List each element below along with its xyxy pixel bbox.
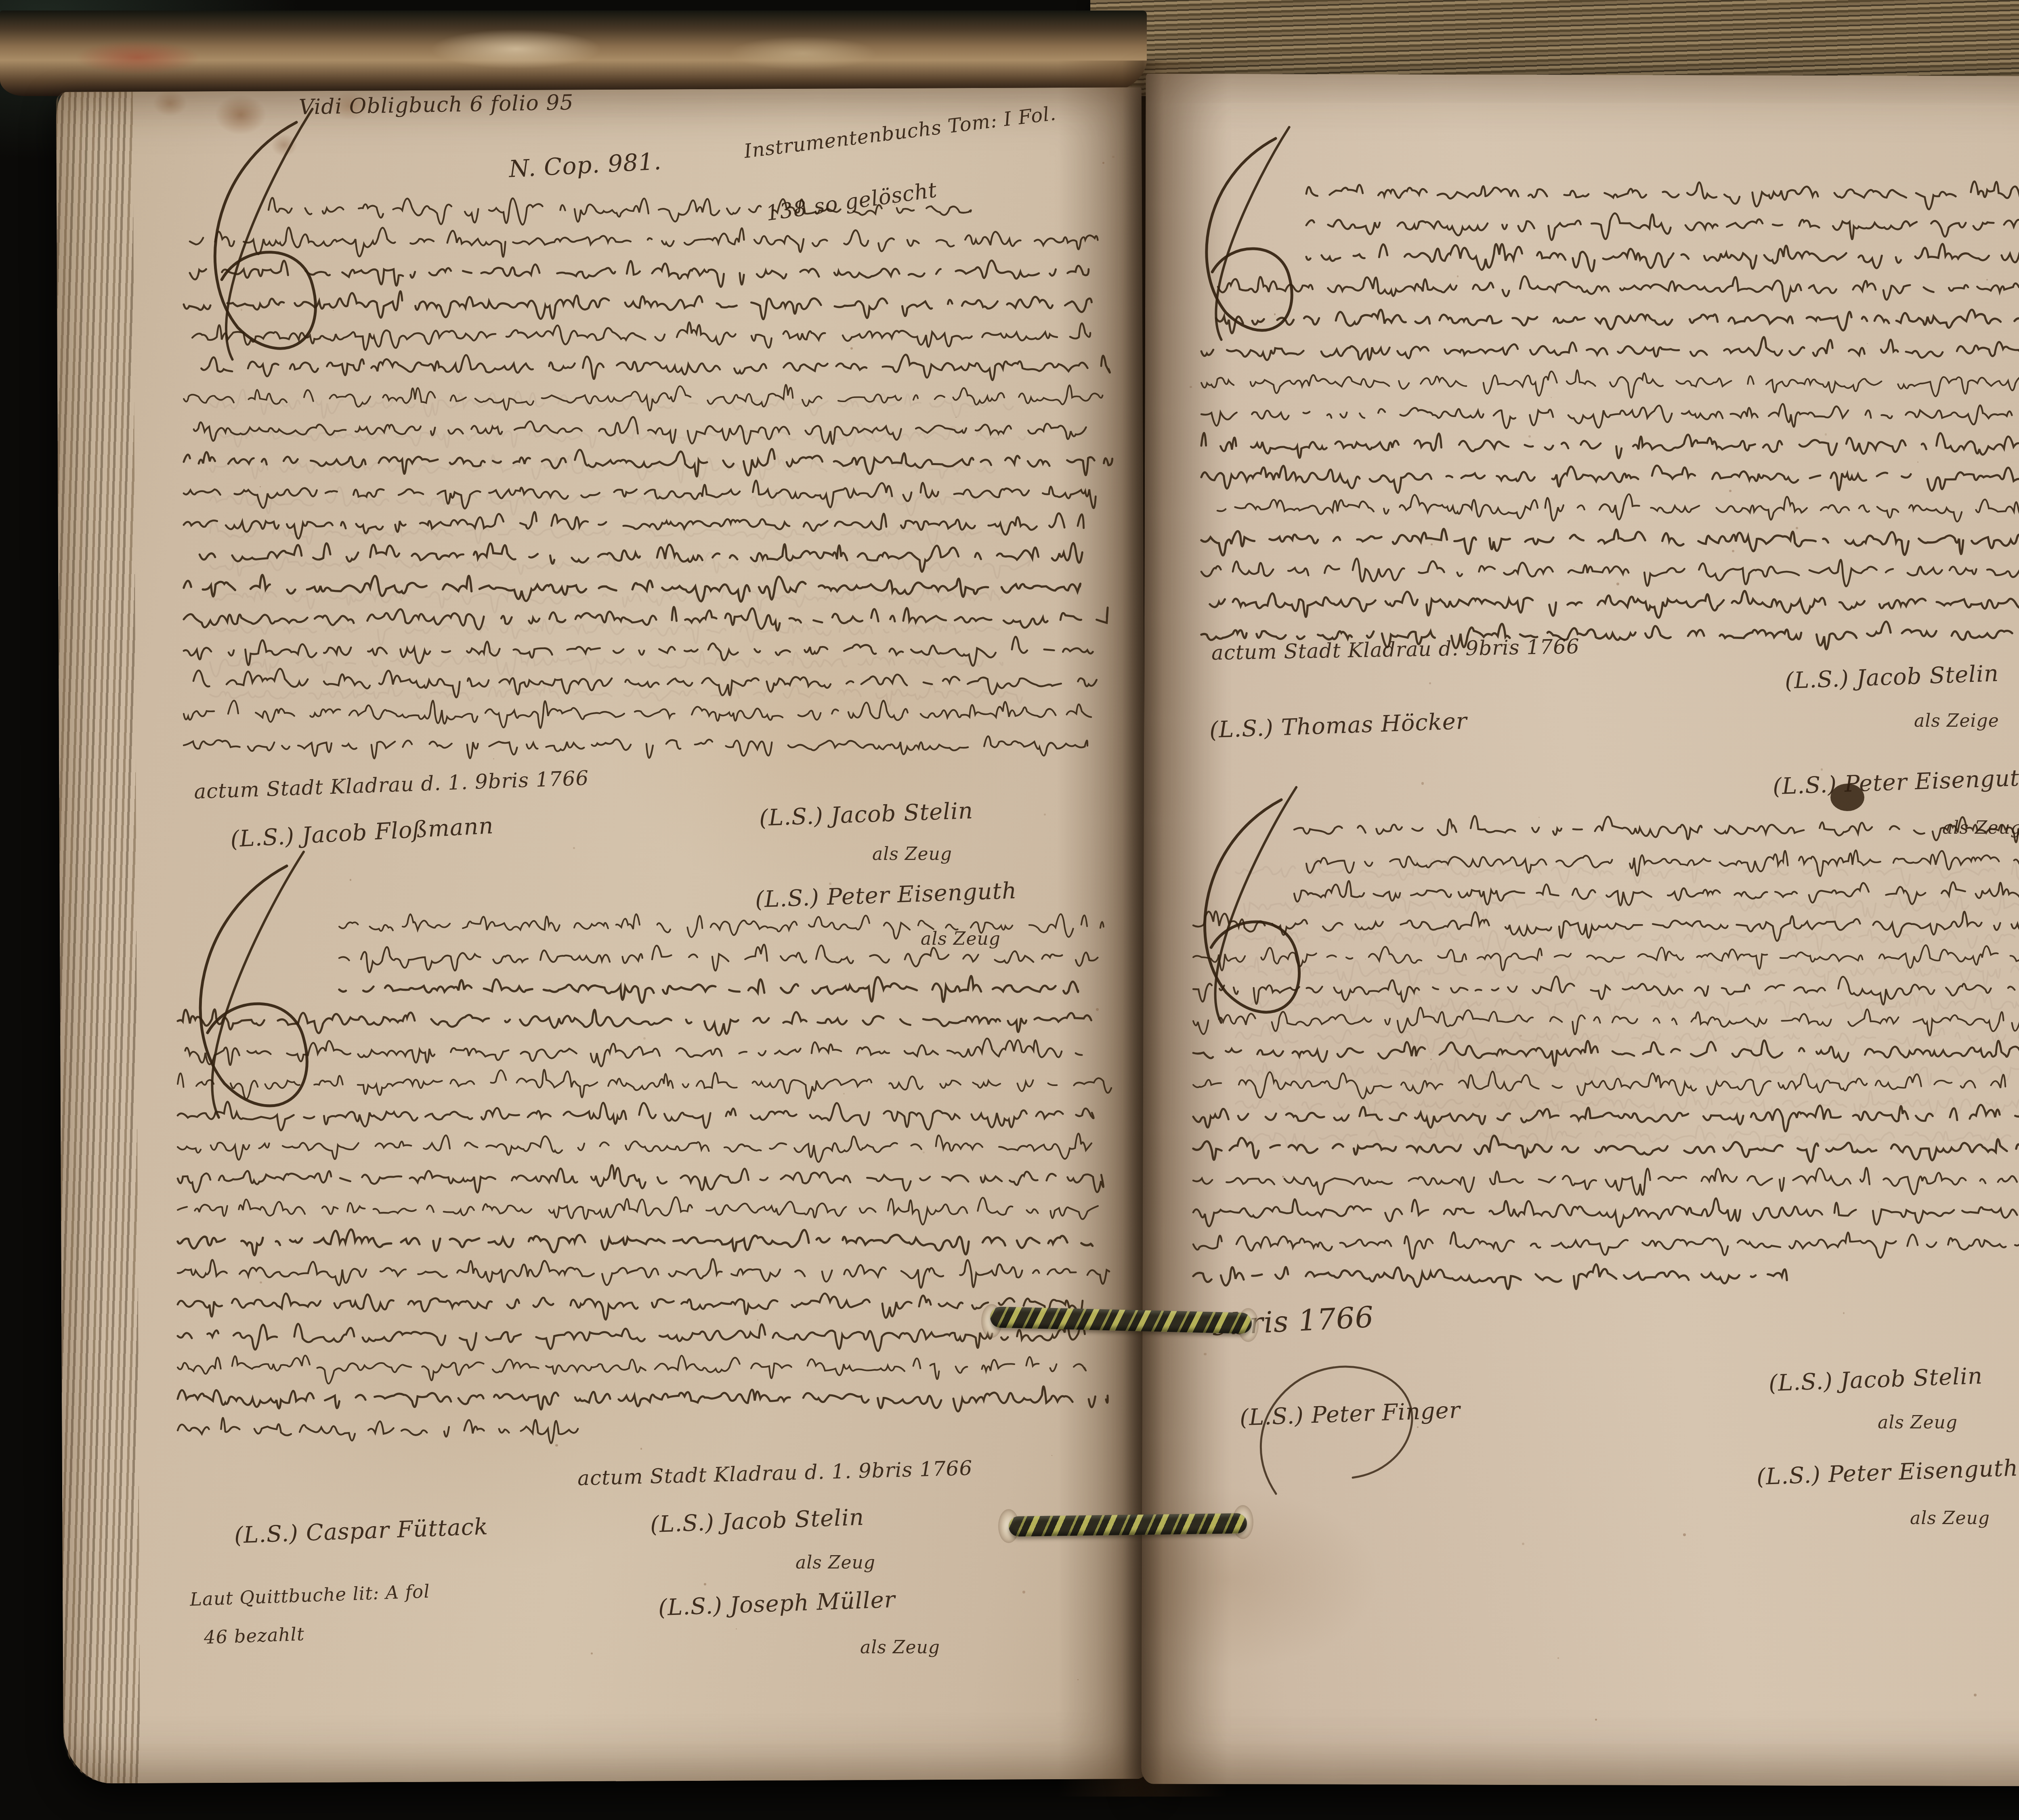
paper-speck: [1843, 1312, 1845, 1314]
paper-speck: [704, 1583, 706, 1585]
witness-role-4: als Zeug: [860, 1637, 940, 1658]
paper-speck: [1385, 1149, 1386, 1151]
paper-speck: [1274, 313, 1276, 315]
witness-role-6: als Zeug: [1942, 818, 2019, 838]
paper-speck: [1616, 583, 1619, 585]
paper-speck: [1190, 386, 1192, 388]
paper-speck: [1301, 730, 1302, 732]
paper-speck: [923, 1151, 925, 1153]
paper-speck: [1974, 1694, 1977, 1696]
entry-paragraph-hoecker: [1187, 153, 2019, 662]
paper-speck: [1574, 567, 1575, 568]
witness-role-5: als Zeige: [1914, 711, 1999, 731]
paper-speck: [1421, 782, 1424, 785]
paper-speck: [333, 310, 334, 311]
paper-speck: [1683, 1533, 1686, 1536]
witness-role-8: als Zeug: [1910, 1508, 1990, 1529]
paper-speck: [591, 1652, 593, 1654]
witness-role-7: als Zeug: [1878, 1412, 1958, 1433]
paper-speck: [1557, 1657, 1559, 1659]
archival-vidi-note: Vidi Obligbuch 6 folio 95: [299, 90, 574, 120]
paper-speck: [1457, 275, 1459, 277]
paper-speck: [1551, 397, 1552, 398]
payment-note-line2: 46 bezahlt: [204, 1623, 305, 1648]
paper-speck: [555, 1444, 558, 1447]
paper-speck: [1429, 682, 1431, 684]
paper-speck: [1522, 1543, 1524, 1545]
paper-speck: [1096, 1008, 1099, 1011]
paper-speck: [1430, 1059, 1432, 1060]
entry-paragraph-flossmann: [174, 170, 1119, 799]
entry-paragraph-finger: [1183, 783, 2019, 1324]
witness-role-3: als Zeug: [795, 1552, 875, 1573]
paper-speck: [573, 847, 575, 849]
paper-speck: [850, 347, 853, 350]
binding-cord-lower: [1009, 1513, 1247, 1537]
paper-speck: [260, 1281, 262, 1283]
witness-role-2: als Zeug: [921, 929, 1001, 949]
paper-speck: [1961, 820, 1962, 822]
paper-speck: [1204, 1353, 1206, 1355]
paper-speck: [640, 1448, 642, 1450]
paper-speck: [1821, 768, 1823, 771]
witness-role-1: als Zeug: [872, 844, 952, 864]
paper-speck: [1595, 1719, 1597, 1721]
book-photograph: Vidi Obligbuch 6 folio 95 Instrumentenbu…: [0, 0, 2019, 1820]
paper-speck: [955, 417, 956, 418]
paper-speck: [350, 879, 351, 881]
paper-speck: [260, 486, 261, 487]
paper-speck: [1538, 817, 1540, 818]
entry-paragraph-fuettack: [174, 868, 1123, 1482]
paper-speck: [1022, 1591, 1025, 1594]
paper-speck: [1112, 156, 1114, 158]
paper-speck: [1732, 550, 1734, 552]
book-cover-head-edge: [0, 10, 1147, 96]
